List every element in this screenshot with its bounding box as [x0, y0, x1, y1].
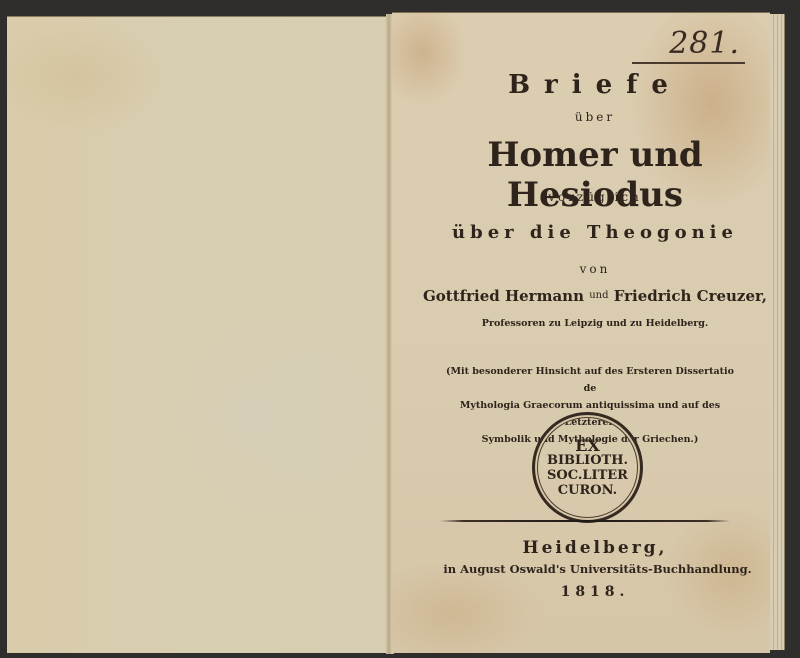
handwritten-shelfmark: 281.	[640, 26, 740, 61]
shelfmark-underline	[632, 62, 745, 64]
title-vorzuglich: vorzüglich	[420, 190, 770, 204]
authors-line: Gottfried Hermann und Friedrich Creuzer,	[420, 287, 770, 305]
author-hermann: Gottfried Hermann	[423, 287, 584, 305]
stamp-line: BIBLIOTH.	[547, 453, 628, 468]
page-edges	[770, 14, 785, 650]
title-theogonie: über die Theogonie	[420, 222, 770, 243]
authors-und: und	[589, 290, 608, 301]
title-von: von	[420, 262, 770, 276]
title-uber: über	[420, 110, 770, 124]
printers-rule	[440, 520, 730, 522]
stamp-line: EX	[575, 438, 600, 453]
author-creuzer: Friedrich Creuzer,	[614, 287, 767, 305]
left-blank-page	[7, 16, 390, 653]
stamp-line: CURON.	[558, 483, 617, 498]
note-line: (Mit besonderer Hinsicht auf des Erstere…	[440, 363, 740, 397]
imprint-publisher: in August Oswald's Universitäts-Buchhand…	[425, 562, 770, 576]
stamp-line: SOC.LITER	[547, 468, 628, 483]
imprint-city: Heidelberg,	[420, 538, 770, 558]
title-briefe: Briefe	[420, 70, 770, 100]
library-stamp: EX BIBLIOTH. SOC.LITER CURON.	[532, 412, 643, 523]
professors-line: Professoren zu Leipzig und zu Heidelberg…	[420, 318, 770, 329]
imprint-year: 1818.	[420, 584, 770, 600]
